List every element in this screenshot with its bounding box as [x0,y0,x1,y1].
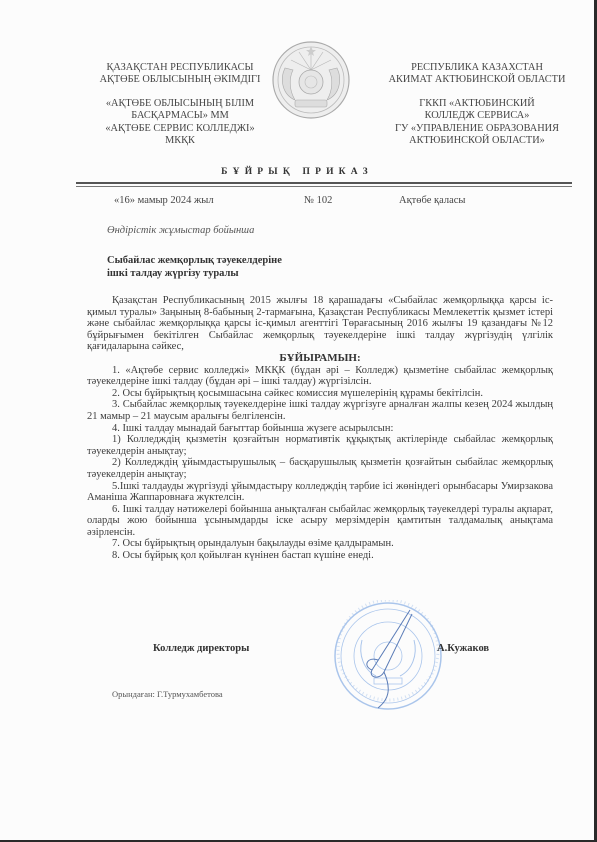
order-item: 4. Ішкі талдау мынадай бағыттар бойынша … [87,423,553,435]
document-page: ҚАЗАҚСТАН РЕСПУБЛИКАСЫ АҚТӨБЕ ОБЛЫСЫНЫҢ … [0,0,594,840]
header-right-line: КОЛЛЕДЖ СЕРВИСА» [372,110,582,122]
official-seal-icon [332,600,444,712]
executor-note: Орындаған: Г.Турмухамбетова [112,689,223,699]
state-emblem-icon [271,40,351,120]
header-right-line: АКИМАТ АКТЮБИНСКОЙ ОБЛАСТИ [372,74,582,86]
header-right-line: ГККП «АКТЮБИНСКИЙ [372,98,582,110]
order-title: БҰЙРЫҚ ПРИКАЗ [0,167,594,177]
order-body: Қазақстан Республикасының 2015 жылғы 18 … [87,295,553,562]
signatory-name: А.Кужаков [437,643,489,654]
order-number: № 102 [304,195,332,206]
header-left-kazakh: ҚАЗАҚСТАН РЕСПУБЛИКАСЫ АҚТӨБЕ ОБЛЫСЫНЫҢ … [70,62,290,147]
order-word: БҰЙЫРАМЫН: [87,353,553,365]
header-right-line: РЕСПУБЛИКА КАЗАХСТАН [372,62,582,74]
subject-line: Сыбайлас жемқорлық тәуекелдеріне [107,254,282,267]
order-item: 1) Колледждің қызметін қозғайтын нормати… [87,434,553,457]
header-right-line: АКТЮБИНСКОЙ ОБЛАСТИ» [372,135,582,147]
order-item: 3. Сыбайлас жемқорлық тәуекелдеріне ішкі… [87,399,553,422]
order-date: «16» мамыр 2024 жыл [114,195,214,206]
order-item: 5.Ішкі талдауды жүргізуді ұйымдастыру ко… [87,481,553,504]
subject-line: ішкі талдау жүргізу туралы [107,267,282,280]
signature-title: Колледж директоры [153,643,249,654]
header-left-line: БАСҚАРМАСЫ» ММ [70,110,290,122]
header-divider [76,182,572,187]
header-left-line: ҚАЗАҚСТАН РЕСПУБЛИКАСЫ [70,62,290,74]
order-item: 2. Осы бұйрықтың қосымшасына сәйкес коми… [87,388,553,400]
order-item: 2) Колледждің ұйымдастырушылық – басқару… [87,457,553,480]
order-subject: Сыбайлас жемқорлық тәуекелдеріне ішкі та… [107,254,282,280]
order-city: Ақтөбе қаласы [399,195,465,206]
order-item: 1. «Ақтөбе сервис колледжі» МКҚК (бұдан … [87,365,553,388]
order-item: 6. Ішкі талдау нәтижелері бойынша анықта… [87,504,553,539]
order-category: Өндірістік жұмыстар бойынша [107,225,254,236]
order-item: 8. Осы бұйрық қол қойылған күнінен баста… [87,550,553,562]
header-right-line: ГУ «УПРАВЛЕНИЕ ОБРАЗОВАНИЯ [372,123,582,135]
header-left-line: АҚТӨБЕ ОБЛЫСЫНЫҢ ӘКІМДІГІ [70,74,290,86]
header-left-line: «АҚТӨБЕ ОБЛЫСЫНЫҢ БІЛІМ [70,98,290,110]
header-right-russian: РЕСПУБЛИКА КАЗАХСТАН АКИМАТ АКТЮБИНСКОЙ … [372,62,582,147]
preamble-paragraph: Қазақстан Республикасының 2015 жылғы 18 … [87,295,553,353]
order-item: 7. Осы бұйрықтың орындалуын бақылауды өз… [87,538,553,550]
header-left-line: «АҚТӨБЕ СЕРВИС КОЛЛЕДЖІ» [70,123,290,135]
header-left-line: МКҚК [70,135,290,147]
